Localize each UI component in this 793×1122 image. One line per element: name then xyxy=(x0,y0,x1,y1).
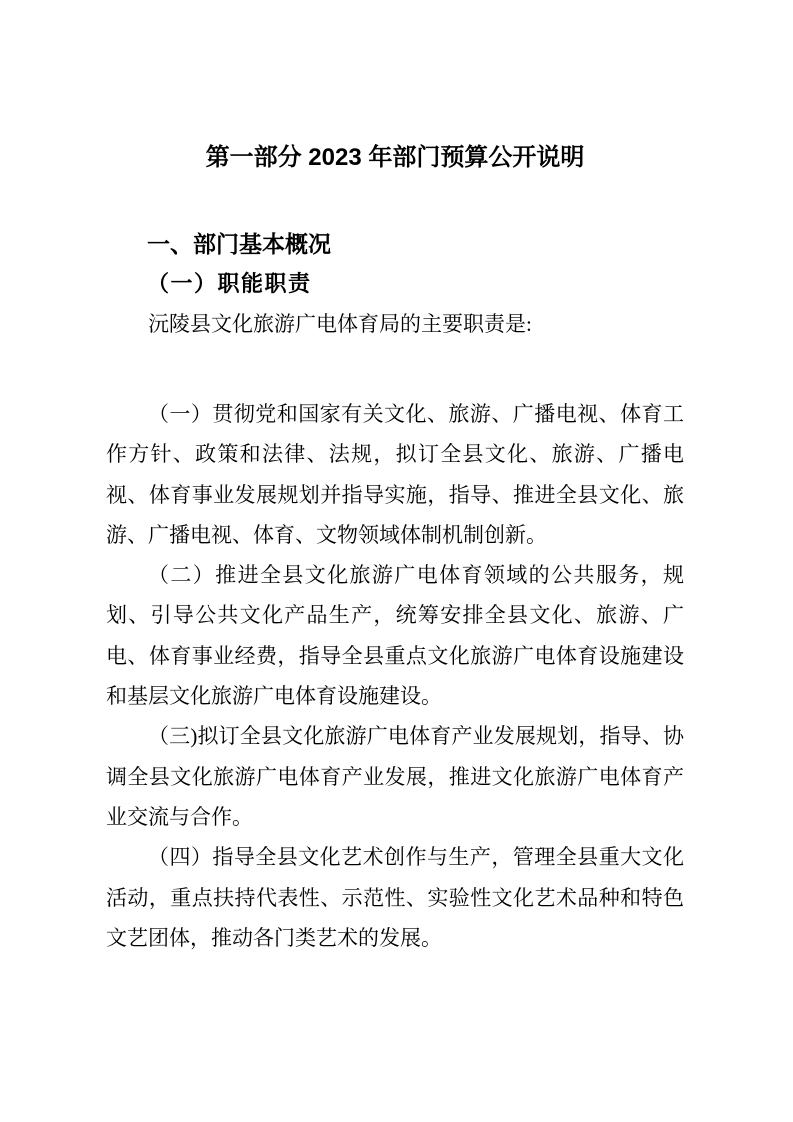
section-heading-department-overview: 一、部门基本概况 xyxy=(106,224,684,264)
paragraph-duty-2: （二）推进全县文化旅游广电体育领域的公共服务，规划、引导公共文化产品生产，统筹安… xyxy=(106,555,684,716)
subsection-heading-functions-duties: （一）职能职责 xyxy=(106,264,684,304)
paragraph-duty-1: （一）贯彻党和国家有关文化、旅游、广播电视、体育工作方针、政策和法律、法规，拟订… xyxy=(106,394,684,555)
intro-line: 沅陵县文化旅游广电体育局的主要职责是: xyxy=(106,304,684,344)
document-title: 第一部分 2023 年部门预算公开说明 xyxy=(106,140,684,176)
body-text: （一）贯彻党和国家有关文化、旅游、广播电视、体育工作方针、政策和法律、法规，拟订… xyxy=(106,394,684,958)
paragraph-duty-3: （三)拟订全县文化旅游广电体育产业发展规划，指导、协调全县文化旅游广电体育产业发… xyxy=(106,716,684,837)
document-page: 第一部分 2023 年部门预算公开说明 一、部门基本概况 （一）职能职责 沅陵县… xyxy=(0,0,793,1122)
paragraph-duty-4: （四）指导全县文化艺术创作与生产，管理全县重大文化活动，重点扶持代表性、示范性、… xyxy=(106,837,684,958)
